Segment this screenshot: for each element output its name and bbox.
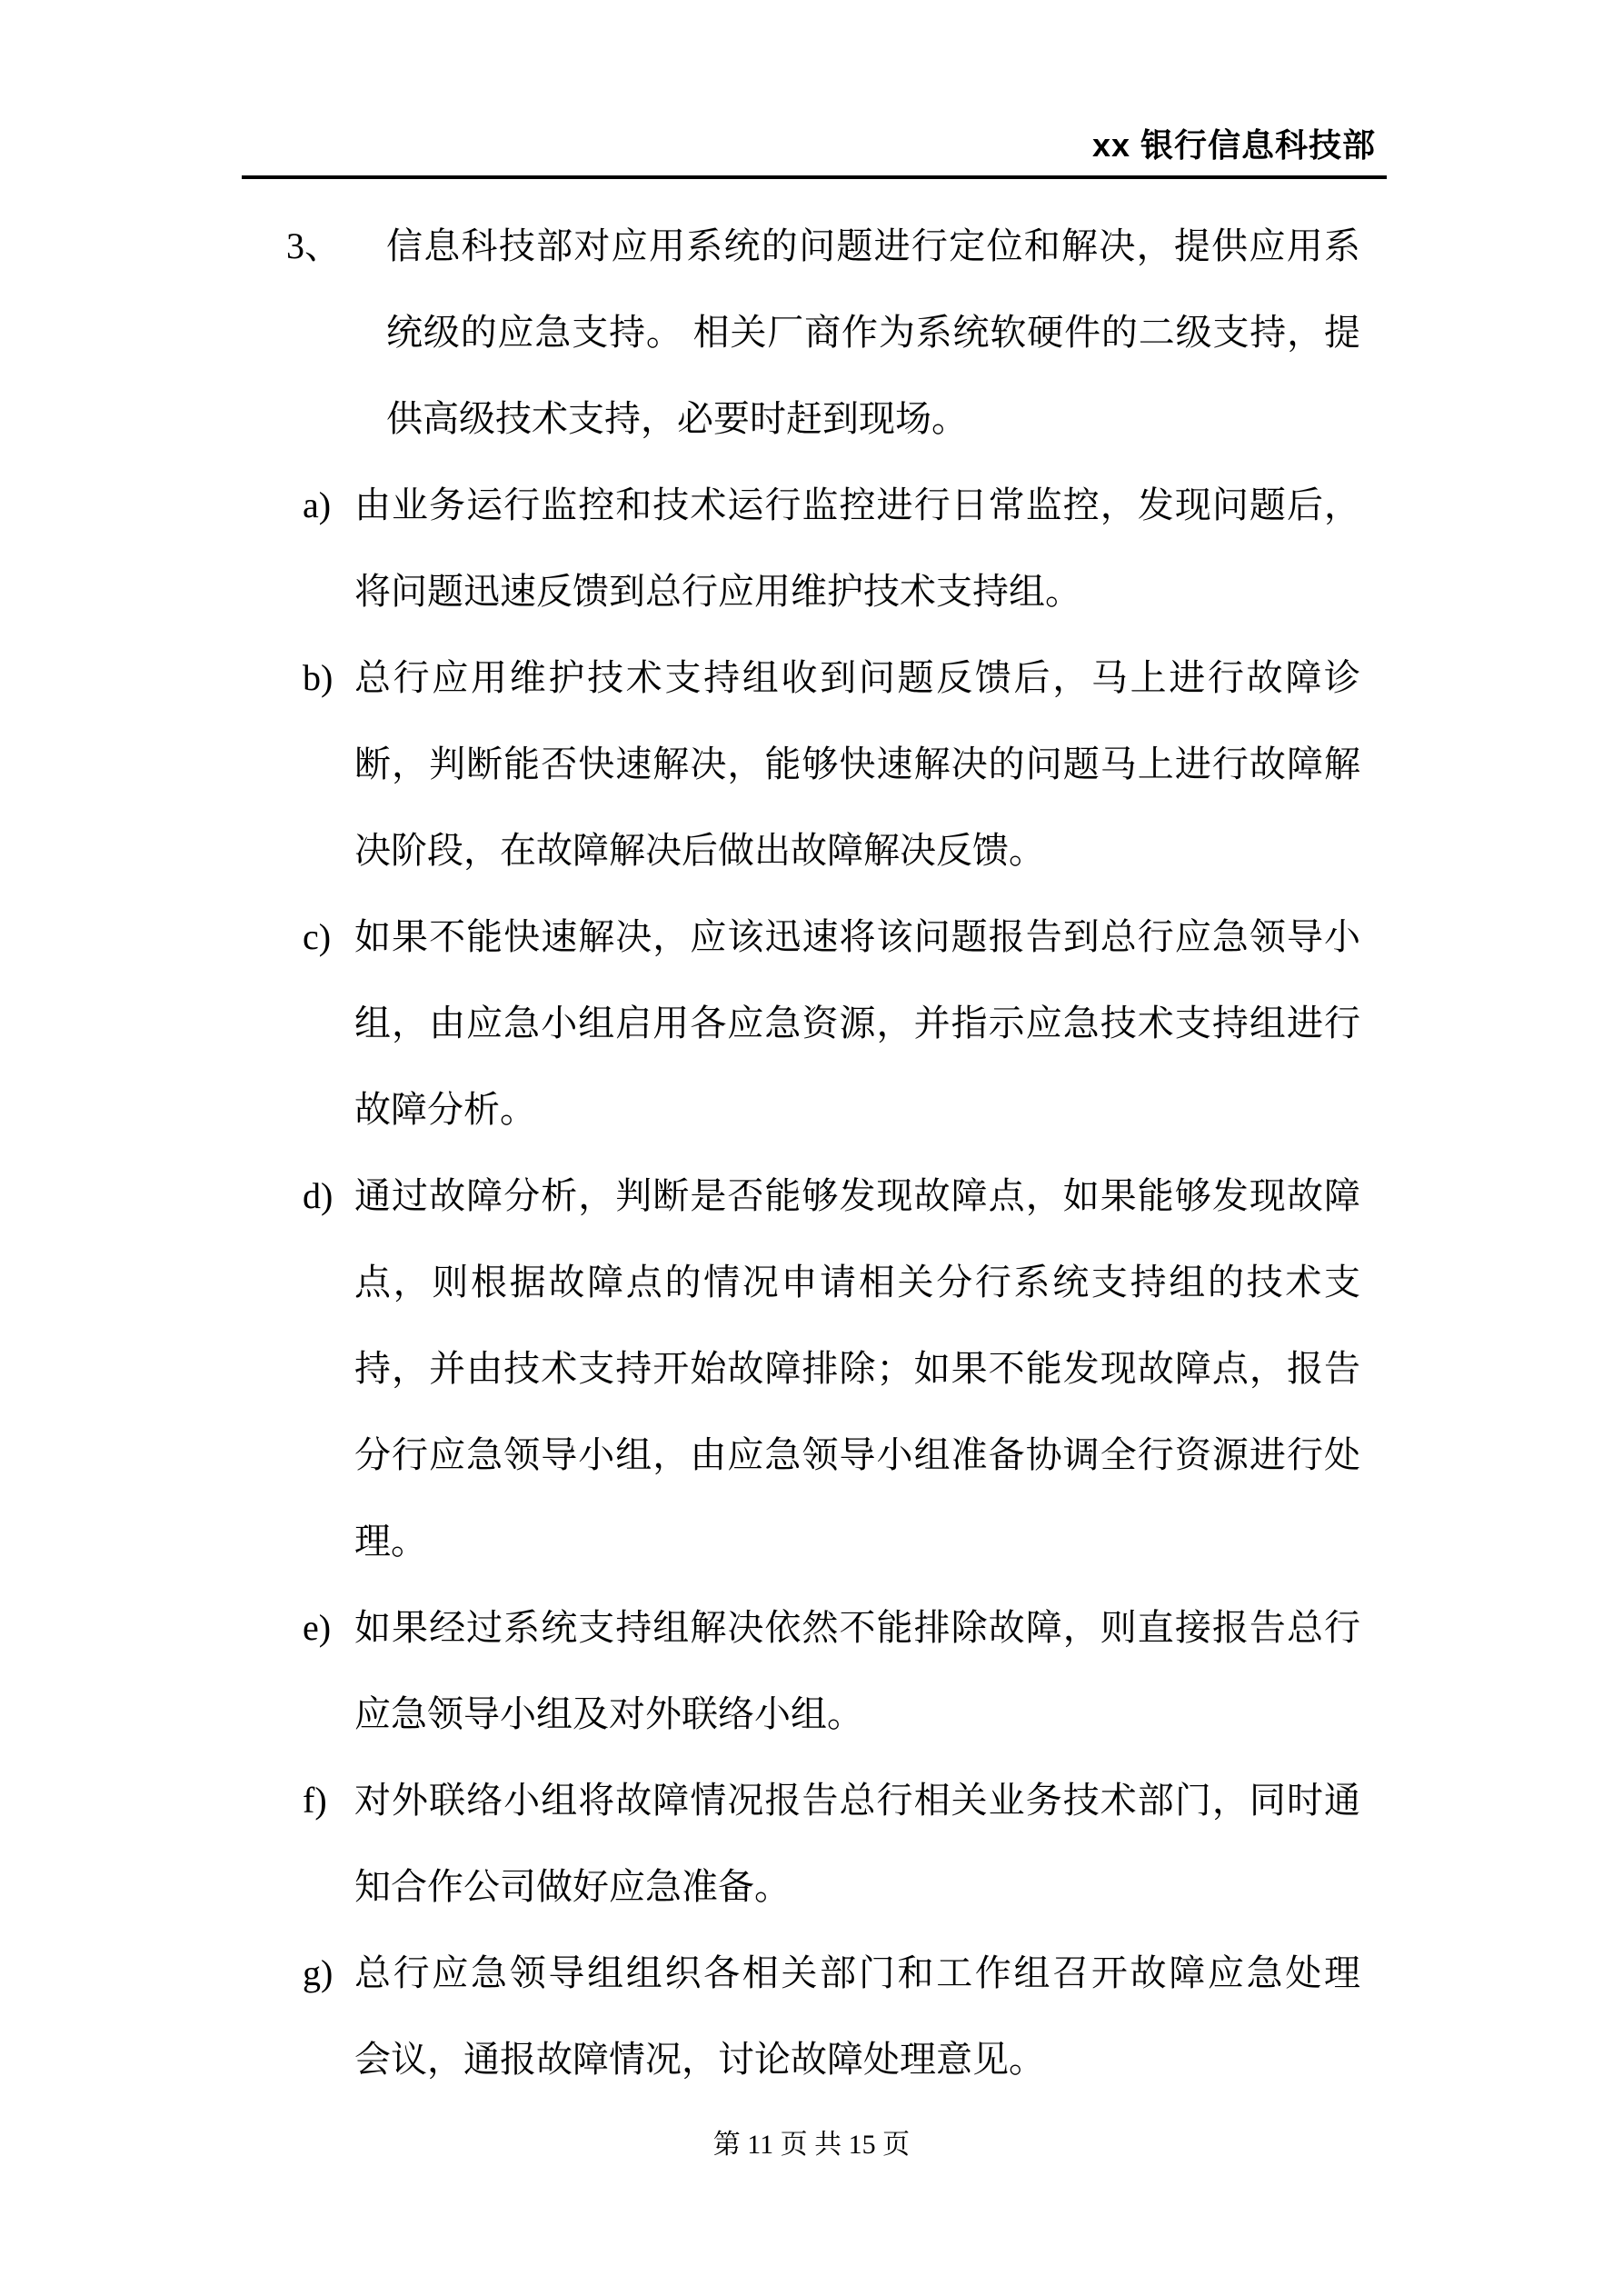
text-line: 统级的应急支持。 相关厂商作为系统软硬件的二级支持，提 — [386, 289, 1360, 375]
footer-page-indicator: 第 11 页 共 15 页 — [0, 2127, 1623, 2163]
text-line: 通过故障分析，判断是否能够发现故障点，如果能够发现故障 — [354, 1153, 1360, 1239]
list-marker: a) — [303, 462, 331, 548]
list-item: g)总行应急领导组组织各相关部门和工作组召开故障应急处理会议，通报故障情况，讨论… — [354, 1930, 1360, 2102]
text-line: 组，由应急小组启用各应急资源，并指示应急技术支持组进行 — [354, 980, 1360, 1066]
text-line: 由业务运行监控和技术运行监控进行日常监控，发现问题后， — [354, 462, 1360, 548]
list-marker: 3、 — [286, 203, 341, 289]
text-line: 持，并由技术支持开始故障排除；如果不能发现故障点，报告 — [354, 1325, 1360, 1412]
header-title: xx 银行信息科技部 — [1092, 127, 1376, 164]
list-marker: e) — [303, 1584, 331, 1671]
text-line: 供高级技术支持，必要时赶到现场。 — [386, 375, 1360, 462]
text-line: 应急领导小组及对外联络小组。 — [354, 1671, 1360, 1757]
text-line: 总行应急领导组组织各相关部门和工作组召开故障应急处理 — [354, 1930, 1360, 2016]
list-item: a)由业务运行监控和技术运行监控进行日常监控，发现问题后，将问题迅速反馈到总行应… — [354, 462, 1360, 634]
text-line: 总行应用维护技术支持组收到问题反馈后，马上进行故障诊 — [354, 634, 1360, 721]
header-rule — [242, 175, 1387, 179]
list-item: 3、信息科技部对应用系统的问题进行定位和解决，提供应用系统级的应急支持。 相关厂… — [386, 203, 1360, 462]
document-page: xx 银行信息科技部 3、信息科技部对应用系统的问题进行定位和解决，提供应用系统… — [0, 0, 1623, 2296]
text-line: 会议，通报故障情况，讨论故障处理意见。 — [354, 2016, 1360, 2102]
list-marker: f) — [303, 1757, 327, 1843]
list-item: e)如果经过系统支持组解决依然不能排除故障，则直接报告总行应急领导小组及对外联络… — [354, 1584, 1360, 1757]
text-line: 理。 — [354, 1498, 1360, 1584]
list-item: d)通过故障分析，判断是否能够发现故障点，如果能够发现故障点，则根据故障点的情况… — [354, 1153, 1360, 1584]
text-line: 如果不能快速解决，应该迅速将该问题报告到总行应急领导小 — [354, 893, 1360, 980]
document-body: 3、信息科技部对应用系统的问题进行定位和解决，提供应用系统级的应急支持。 相关厂… — [0, 203, 1623, 2102]
list-marker: d) — [303, 1153, 333, 1239]
text-line: 将问题迅速反馈到总行应用维护技术支持组。 — [354, 548, 1360, 634]
text-line: 如果经过系统支持组解决依然不能排除故障，则直接报告总行 — [354, 1584, 1360, 1671]
list-item: f)对外联络小组将故障情况报告总行相关业务技术部门，同时通知合作公司做好应急准备… — [354, 1757, 1360, 1930]
text-line: 信息科技部对应用系统的问题进行定位和解决，提供应用系 — [386, 203, 1360, 289]
text-line: 点，则根据故障点的情况申请相关分行系统支持组的技术支 — [354, 1239, 1360, 1325]
text-line: 知合作公司做好应急准备。 — [354, 1843, 1360, 1930]
text-line: 故障分析。 — [354, 1066, 1360, 1153]
list-item: b)总行应用维护技术支持组收到问题反馈后，马上进行故障诊断，判断能否快速解决，能… — [354, 634, 1360, 893]
text-line: 分行应急领导小组，由应急领导小组准备协调全行资源进行处 — [354, 1412, 1360, 1498]
list-item: c)如果不能快速解决，应该迅速将该问题报告到总行应急领导小组，由应急小组启用各应… — [354, 893, 1360, 1153]
text-line: 对外联络小组将故障情况报告总行相关业务技术部门，同时通 — [354, 1757, 1360, 1843]
list-marker: c) — [303, 893, 331, 980]
text-line: 断，判断能否快速解决，能够快速解决的问题马上进行故障解 — [354, 721, 1360, 807]
text-line: 决阶段，在故障解决后做出故障解决反馈。 — [354, 807, 1360, 893]
list-marker: g) — [303, 1930, 333, 2016]
list-marker: b) — [303, 634, 333, 721]
